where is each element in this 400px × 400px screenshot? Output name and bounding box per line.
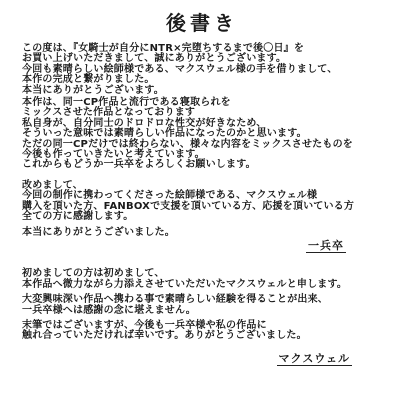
page-title: 後書き bbox=[0, 0, 400, 36]
text-line: 一兵卒様へは感謝の念に堪えません。 bbox=[22, 306, 388, 316]
paragraph-illustrator-intro: 初めましての方は初めまして、 本作品へ微力ながら力添えさせていただいたマクスウェ… bbox=[22, 269, 388, 290]
paragraph-acknowledgements: 改めまして、 今回の制作に携わってくださった絵師様である、マクスウェル様 購入を… bbox=[22, 181, 388, 223]
text-line: 本作品へ微力ながら力添えさせていただいたマクスウェルと申します。 bbox=[22, 280, 388, 290]
text-line: 触れ合っていただければ幸いです。ありがとうございました。 bbox=[22, 331, 388, 341]
afterword-page: 後書き この度は、『女騎士が自分にNTR×完堕ちするまで後〇日』を お買い上げい… bbox=[0, 0, 400, 400]
paragraph-final-thanks: 本当にありがとうございました。 bbox=[22, 228, 388, 238]
text-line: これからもどうか一兵卒をよろしくお願いします。 bbox=[22, 160, 388, 170]
signature-author1-name: 一兵卒 bbox=[306, 241, 346, 253]
signature-author2-name: マクスウェル bbox=[277, 354, 352, 366]
text-line: 本当にありがとうございました。 bbox=[22, 228, 388, 238]
paragraph-work-concept: 本作は、同一CP作品と流行である寝取られを ミックスさせた作品となっております … bbox=[22, 98, 388, 171]
text-line: 大変興味深い作品へ携わる事で素晴らしい経験を得ることが出来、 bbox=[22, 295, 388, 305]
text-line: 全ての方に感謝します。 bbox=[22, 212, 388, 222]
text-line: 本当にありがとうございます。 bbox=[22, 86, 388, 96]
signature-author2: マクスウェル bbox=[22, 354, 388, 366]
afterword-body: この度は、『女騎士が自分にNTR×完堕ちするまで後〇日』を お買い上げいただきま… bbox=[0, 36, 400, 366]
signature-author1: 一兵卒 bbox=[22, 241, 388, 253]
paragraph-illustrator-closing: 末筆ではございますが、今後も一兵卒様や私の作品に 触れ合っていただければ幸いです… bbox=[22, 321, 388, 342]
paragraph-thanks-purchase: この度は、『女騎士が自分にNTR×完堕ちするまで後〇日』を お買い上げいただきま… bbox=[22, 44, 388, 96]
paragraph-illustrator-gratitude: 大変興味深い作品へ携わる事で素晴らしい経験を得ることが出来、 一兵卒様へは感謝の… bbox=[22, 295, 388, 316]
